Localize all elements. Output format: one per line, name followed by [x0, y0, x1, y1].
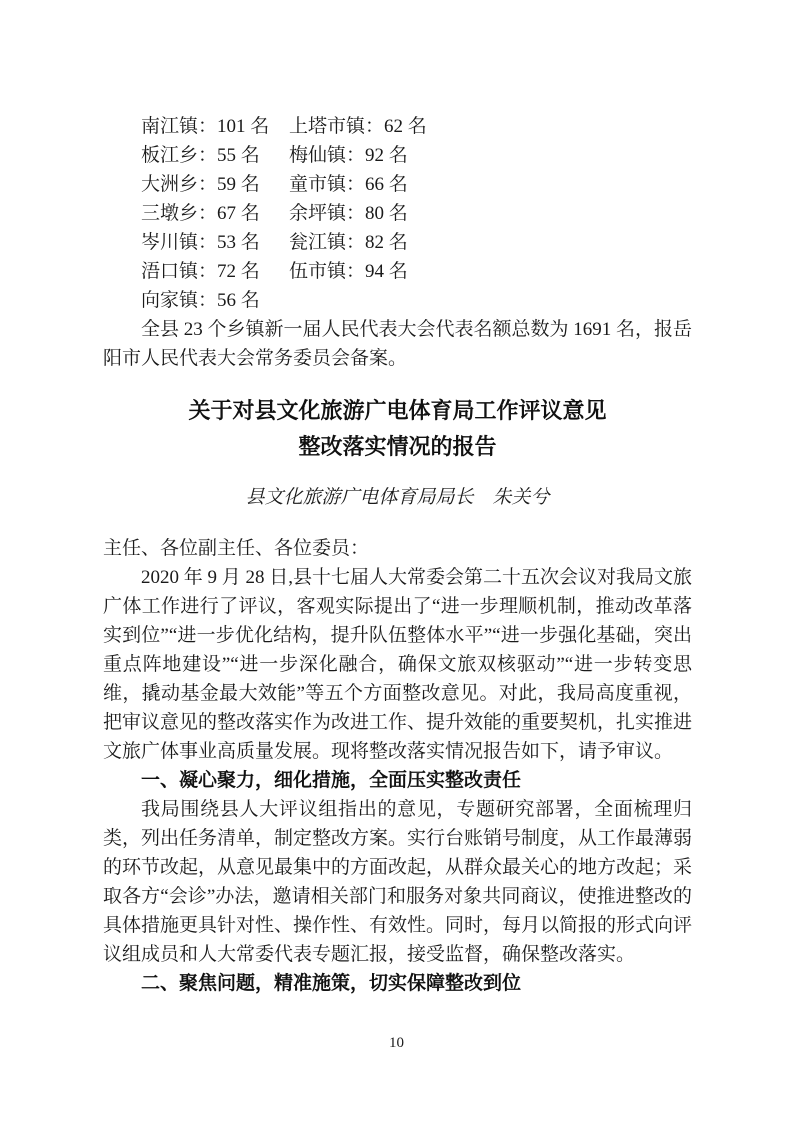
quota-item: 南江镇：101 名 — [141, 112, 289, 141]
quota-row: 向家镇：56 名 — [103, 286, 692, 315]
report-title: 关于对县文化旅游广电体育局工作评议意见 整改落实情况的报告 — [103, 393, 692, 465]
quota-row: 大洲乡：59 名 童市镇：66 名 — [103, 170, 692, 199]
section-1-paragraph: 我局围绕县人大评议组指出的意见，专题研究部署，全面梳理归类，列出任务清单，制定整… — [103, 795, 692, 969]
quota-item: 三墩乡：67 名 — [141, 199, 289, 228]
section-heading-1: 一、凝心聚力，细化措施，全面压实整改责任 — [103, 766, 692, 795]
salutation: 主任、各位副主任、各位委员： — [103, 534, 692, 563]
quota-item — [289, 286, 692, 315]
quota-item: 上塔市镇：62 名 — [289, 112, 692, 141]
quota-item: 童市镇：66 名 — [289, 170, 692, 199]
delegate-quota-list: 南江镇：101 名 上塔市镇：62 名 板江乡：55 名 梅仙镇：92 名 大洲… — [103, 112, 692, 315]
report-title-line2: 整改落实情况的报告 — [103, 429, 692, 465]
quota-item: 板江乡：55 名 — [141, 141, 289, 170]
quota-row: 岑川镇：53 名 瓮江镇：82 名 — [103, 228, 692, 257]
quota-item: 梅仙镇：92 名 — [289, 141, 692, 170]
intro-paragraph: 2020 年 9 月 28 日,县十七届人大常委会第二十五次会议对我局文旅广体工… — [103, 563, 692, 766]
quota-item: 浯口镇：72 名 — [141, 257, 289, 286]
report-title-line1: 关于对县文化旅游广电体育局工作评议意见 — [103, 393, 692, 429]
summary-paragraph: 全县 23 个乡镇新一届人民代表大会代表名额总数为 1691 名，报岳阳市人民代… — [103, 315, 692, 373]
page-number: 10 — [0, 1033, 793, 1053]
quota-item: 岑川镇：53 名 — [141, 228, 289, 257]
quota-item: 向家镇：56 名 — [141, 286, 289, 315]
quota-row: 南江镇：101 名 上塔市镇：62 名 — [103, 112, 692, 141]
section-heading-2: 二、聚焦问题，精准施策，切实保障整改到位 — [103, 969, 692, 998]
quota-row: 浯口镇：72 名 伍市镇：94 名 — [103, 257, 692, 286]
quota-row: 板江乡：55 名 梅仙镇：92 名 — [103, 141, 692, 170]
report-author: 县文化旅游广电体育局局长 朱关兮 — [103, 483, 692, 512]
quota-item: 伍市镇：94 名 — [289, 257, 692, 286]
quota-item: 余坪镇：80 名 — [289, 199, 692, 228]
quota-item: 大洲乡：59 名 — [141, 170, 289, 199]
quota-item: 瓮江镇：82 名 — [289, 228, 692, 257]
document-page: 南江镇：101 名 上塔市镇：62 名 板江乡：55 名 梅仙镇：92 名 大洲… — [0, 0, 793, 1122]
quota-row: 三墩乡：67 名 余坪镇：80 名 — [103, 199, 692, 228]
